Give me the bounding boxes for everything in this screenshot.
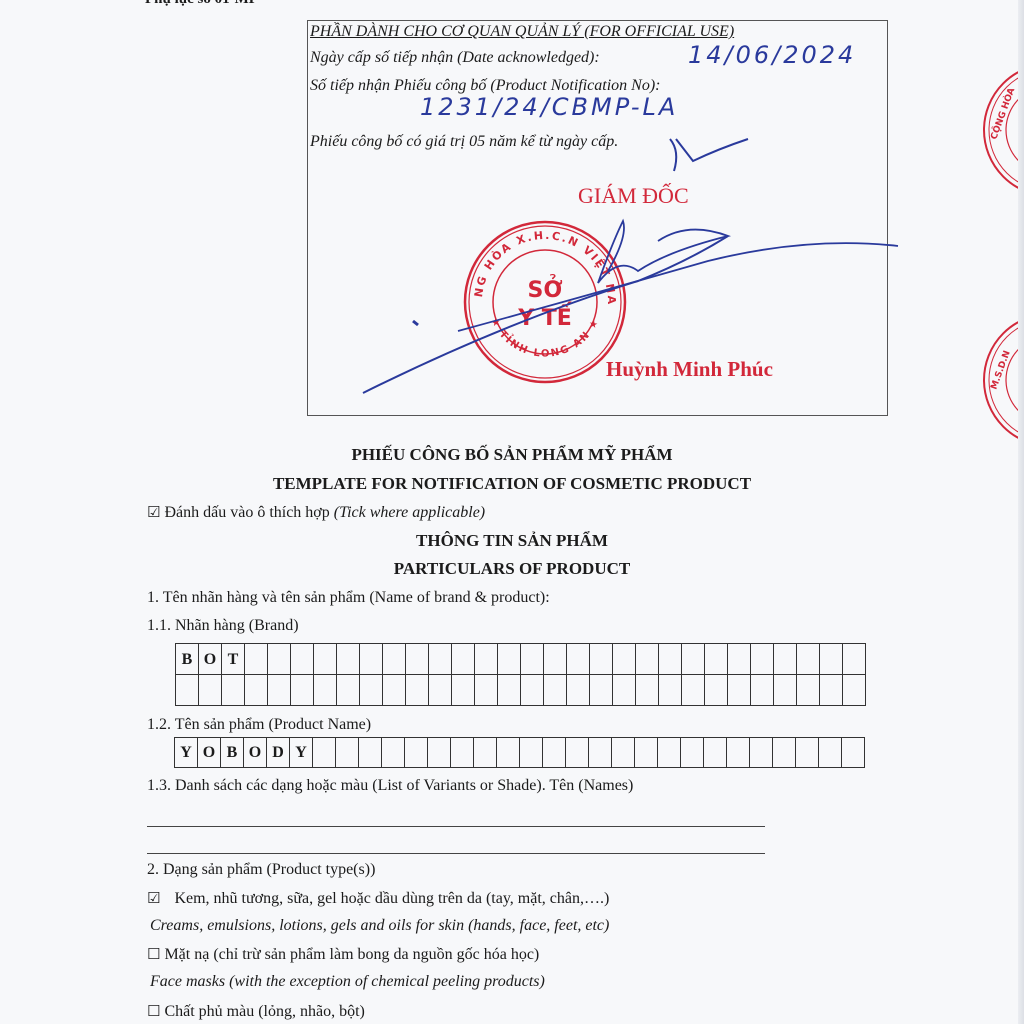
grid-cell[interactable] xyxy=(383,644,406,675)
grid-cell[interactable] xyxy=(337,675,360,706)
grid-cell[interactable] xyxy=(314,644,337,675)
appendix-label: Phụ lục số 01-MP xyxy=(145,0,258,8)
grid-cell[interactable] xyxy=(521,675,544,706)
grid-cell[interactable] xyxy=(268,644,291,675)
grid-cell[interactable] xyxy=(705,675,728,706)
grid-cell[interactable] xyxy=(590,644,613,675)
grid-cell[interactable] xyxy=(475,675,498,706)
grid-cell[interactable]: B xyxy=(176,644,199,675)
grid-cell[interactable] xyxy=(751,644,774,675)
grid-cell[interactable] xyxy=(544,644,567,675)
grid-cell[interactable] xyxy=(636,644,659,675)
grid-cell[interactable] xyxy=(429,644,452,675)
grid-cell[interactable] xyxy=(429,675,452,706)
grid-cell[interactable] xyxy=(176,675,199,706)
product-type-mask[interactable]: ☐Mặt nạ (chỉ trừ sản phẩm làm bong da ng… xyxy=(147,945,539,964)
unchecked-box-icon[interactable]: ☐ xyxy=(147,1002,160,1020)
grid-cell[interactable] xyxy=(291,644,314,675)
grid-cell[interactable] xyxy=(728,644,751,675)
question-1: 1. Tên nhãn hàng và tên sản phẩm (Name o… xyxy=(147,589,550,607)
grid-cell[interactable] xyxy=(613,675,636,706)
grid-cell[interactable] xyxy=(406,675,429,706)
grid-cell[interactable] xyxy=(452,675,475,706)
checked-box-icon[interactable]: ☑ xyxy=(147,889,160,907)
grid-cell[interactable] xyxy=(820,675,843,706)
grid-cell[interactable] xyxy=(543,738,566,768)
product-type-mask-en: Face masks (with the exception of chemic… xyxy=(150,973,545,991)
question-1-1: 1.1. Nhãn hàng (Brand) xyxy=(147,617,299,635)
grid-cell[interactable] xyxy=(819,738,842,768)
grid-cell[interactable] xyxy=(359,738,382,768)
grid-cell[interactable] xyxy=(245,675,268,706)
grid-cell[interactable] xyxy=(405,738,428,768)
variants-line-1[interactable] xyxy=(147,826,765,827)
grid-cell[interactable] xyxy=(222,675,245,706)
grid-cell[interactable] xyxy=(704,738,727,768)
product-type-cream-en: Creams, emulsions, lotions, gels and oil… xyxy=(150,917,609,935)
title-vietnamese: PHIẾU CÔNG BỐ SẢN PHẨM MỸ PHẨM xyxy=(0,445,1024,465)
grid-cell[interactable]: O xyxy=(198,738,221,768)
title-english: TEMPLATE FOR NOTIFICATION OF COSMETIC PR… xyxy=(0,474,1024,494)
grid-cell[interactable] xyxy=(797,644,820,675)
grid-cell[interactable] xyxy=(590,675,613,706)
grid-cell[interactable] xyxy=(589,738,612,768)
grid-cell[interactable]: O xyxy=(244,738,267,768)
grid-cell[interactable] xyxy=(245,644,268,675)
grid-cell[interactable] xyxy=(659,644,682,675)
grid-cell[interactable] xyxy=(682,675,705,706)
grid-cell[interactable] xyxy=(521,644,544,675)
grid-cell[interactable] xyxy=(360,675,383,706)
grid-cell[interactable] xyxy=(199,675,222,706)
grid-cell[interactable] xyxy=(291,675,314,706)
signature-icon xyxy=(308,21,908,421)
grid-cell[interactable] xyxy=(751,675,774,706)
grid-cell[interactable] xyxy=(566,738,589,768)
grid-cell[interactable] xyxy=(750,738,773,768)
grid-cell[interactable] xyxy=(635,738,658,768)
section-title-english: PARTICULARS OF PRODUCT xyxy=(0,559,1024,579)
section-title-vietnamese: THÔNG TIN SẢN PHẨM xyxy=(0,531,1024,551)
checked-box-icon: ☑ xyxy=(147,503,160,521)
grid-cell[interactable] xyxy=(681,738,704,768)
page-edge xyxy=(1018,0,1024,1024)
grid-cell[interactable]: T xyxy=(222,644,245,675)
grid-cell[interactable] xyxy=(705,644,728,675)
unchecked-box-icon[interactable]: ☐ xyxy=(147,945,160,963)
grid-cell[interactable] xyxy=(774,675,797,706)
grid-cell[interactable] xyxy=(658,738,681,768)
grid-cell[interactable] xyxy=(796,738,819,768)
grid-cell[interactable] xyxy=(337,644,360,675)
grid-cell[interactable]: O xyxy=(199,644,222,675)
grid-cell[interactable] xyxy=(314,675,337,706)
question-1-3: 1.3. Danh sách các dạng hoặc màu (List o… xyxy=(147,777,633,795)
grid-cell[interactable]: Y xyxy=(175,738,198,768)
variants-line-2[interactable] xyxy=(147,853,765,854)
official-use-box: PHẦN DÀNH CHO CƠ QUAN QUẢN LÝ (FOR OFFIC… xyxy=(307,20,888,416)
grid-cell[interactable] xyxy=(475,644,498,675)
grid-cell[interactable] xyxy=(452,644,475,675)
brand-grid[interactable]: BOT xyxy=(175,643,866,706)
question-2: 2. Dạng sản phẩm (Product type(s)) xyxy=(147,861,375,879)
grid-cell[interactable] xyxy=(613,644,636,675)
grid-cell[interactable]: D xyxy=(267,738,290,768)
grid-cell[interactable] xyxy=(842,738,865,768)
tick-note: ☑Đánh dấu vào ô thích hợp (Tick where ap… xyxy=(147,503,485,522)
svg-text:CỘNG HÒA: CỘNG HÒA xyxy=(988,86,1018,141)
grid-cell[interactable] xyxy=(820,644,843,675)
grid-cell[interactable]: Y xyxy=(290,738,313,768)
grid-cell[interactable] xyxy=(636,675,659,706)
product-type-cream[interactable]: ☑Kem, nhũ tương, sữa, gel hoặc dầu dùng … xyxy=(147,889,609,908)
grid-cell[interactable] xyxy=(843,644,866,675)
product-type-color[interactable]: ☐Chất phủ màu (lỏng, nhão, bột) xyxy=(147,1002,365,1021)
grid-cell[interactable] xyxy=(428,738,451,768)
grid-cell[interactable]: B xyxy=(221,738,244,768)
grid-cell[interactable] xyxy=(451,738,474,768)
grid-cell[interactable] xyxy=(728,675,751,706)
grid-cell[interactable] xyxy=(268,675,291,706)
grid-cell[interactable] xyxy=(520,738,543,768)
grid-cell[interactable] xyxy=(567,644,590,675)
grid-cell[interactable] xyxy=(612,738,635,768)
grid-cell[interactable] xyxy=(406,644,429,675)
question-1-2: 1.2. Tên sản phẩm (Product Name) xyxy=(147,716,371,734)
svg-text:M.S.D.N: M.S.D.N xyxy=(989,349,1012,391)
grid-cell[interactable] xyxy=(336,738,359,768)
grid-cell[interactable] xyxy=(497,738,520,768)
grid-cell[interactable] xyxy=(544,675,567,706)
grid-cell[interactable] xyxy=(774,644,797,675)
grid-cell[interactable] xyxy=(727,738,750,768)
grid-cell[interactable] xyxy=(498,675,521,706)
grid-cell[interactable] xyxy=(360,644,383,675)
grid-cell[interactable] xyxy=(773,738,796,768)
grid-cell[interactable] xyxy=(382,738,405,768)
grid-cell[interactable] xyxy=(797,675,820,706)
grid-cell[interactable] xyxy=(682,644,705,675)
grid-cell[interactable] xyxy=(659,675,682,706)
grid-cell[interactable] xyxy=(474,738,497,768)
grid-cell[interactable] xyxy=(843,675,866,706)
grid-cell[interactable] xyxy=(498,644,521,675)
grid-cell[interactable] xyxy=(567,675,590,706)
product-name-grid[interactable]: YOBODY xyxy=(174,737,865,768)
grid-cell[interactable] xyxy=(383,675,406,706)
grid-cell[interactable] xyxy=(313,738,336,768)
